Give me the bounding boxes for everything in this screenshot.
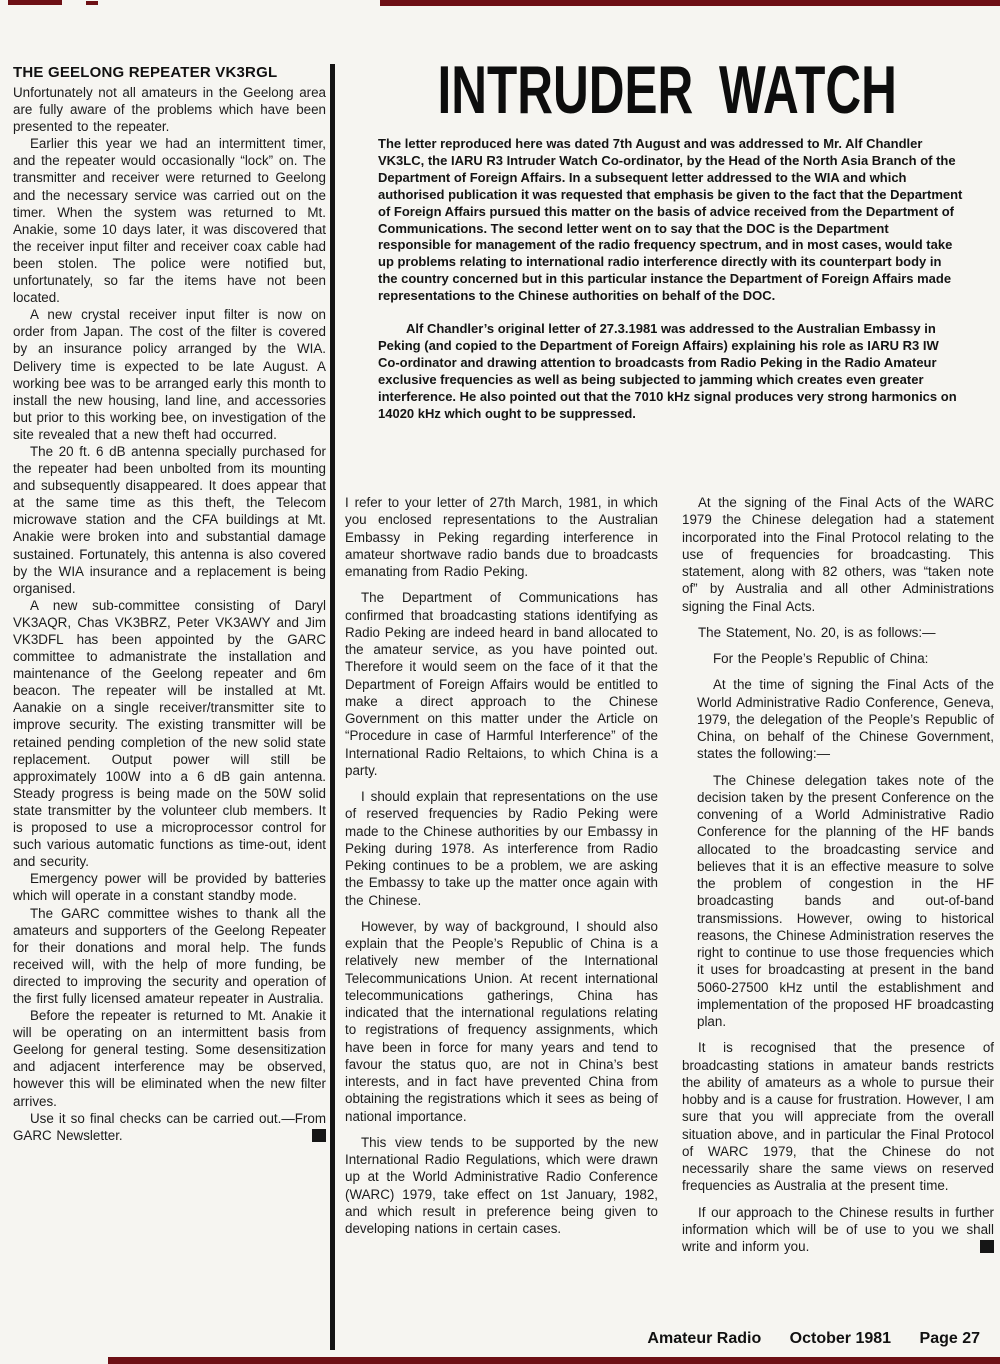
scan-edge-mark-top-left bbox=[8, 0, 62, 5]
end-of-letter-square bbox=[980, 1240, 994, 1253]
scan-edge-mark-top bbox=[380, 0, 1000, 6]
letter-column-right: At the signing of the Final Acts of the … bbox=[682, 494, 994, 1264]
letter-closing-paragraph: If our approach to the Chinese results i… bbox=[682, 1204, 994, 1256]
article-paragraph: A new crystal receiver input filter is n… bbox=[13, 306, 326, 443]
article-paragraph: Unfortunately not all amateurs in the Ge… bbox=[13, 84, 326, 135]
end-of-article-square bbox=[312, 1129, 326, 1142]
intruder-watch-section-header: INTRUDER WATCH bbox=[335, 56, 1000, 122]
letter-paragraph: The Department of Communications has con… bbox=[345, 589, 658, 779]
article-paragraph: Emergency power will be provided by batt… bbox=[13, 870, 326, 904]
page-title: INTRUDER WATCH bbox=[438, 56, 897, 123]
scan-edge-mark-top-left-2 bbox=[86, 1, 98, 5]
letter-paragraph: I should explain that representations on… bbox=[345, 788, 658, 909]
letter-paragraph: This view tends to be supported by the n… bbox=[345, 1134, 658, 1238]
china-statement-block: For the People’s Republic of China: At t… bbox=[682, 650, 994, 1030]
footer-page-number: Page 27 bbox=[920, 1330, 980, 1347]
magazine-page: THE GEELONG REPEATER VK3RGL Unfortunatel… bbox=[0, 0, 1000, 1364]
letter-column-left: I refer to your letter of 27th March, 19… bbox=[345, 494, 658, 1246]
statement-paragraph: The Chinese delegation takes note of the… bbox=[697, 772, 994, 1031]
article-title: THE GEELONG REPEATER VK3RGL bbox=[13, 64, 326, 81]
closing-text: Use it so final checks can be carried ou… bbox=[13, 1111, 326, 1143]
letter-paragraph: It is recognised that the presence of br… bbox=[682, 1039, 994, 1194]
article-paragraph: The 20 ft. 6 dB antenna specially purcha… bbox=[13, 443, 326, 597]
statement-paragraph: At the time of signing the Final Acts of… bbox=[697, 676, 994, 762]
letter-paragraph: At the signing of the Final Acts of the … bbox=[682, 494, 994, 615]
column-divider-rule bbox=[330, 64, 335, 1350]
intruder-watch-intro: The letter reproduced here was dated 7th… bbox=[378, 136, 964, 423]
letter-paragraph: The Statement, No. 20, is as follows:— bbox=[682, 624, 994, 641]
article-paragraph: Before the repeater is returned to Mt. A… bbox=[13, 1007, 326, 1110]
scan-edge-mark-bottom bbox=[108, 1357, 1000, 1364]
footer-magazine-name: Amateur Radio bbox=[647, 1330, 761, 1347]
page-footer: Amateur Radio October 1981 Page 27 bbox=[647, 1330, 980, 1348]
geelong-repeater-article: THE GEELONG REPEATER VK3RGL Unfortunatel… bbox=[13, 64, 326, 1144]
intro-paragraph: Alf Chandler’s original letter of 27.3.1… bbox=[378, 321, 964, 422]
article-paragraph: The GARC committee wishes to thank all t… bbox=[13, 905, 326, 1008]
article-paragraph: A new sub-committee consisting of Daryl … bbox=[13, 597, 326, 871]
letter-paragraph: I refer to your letter of 27th March, 19… bbox=[345, 494, 658, 580]
article-closing-paragraph: Use it so final checks can be carried ou… bbox=[13, 1110, 326, 1144]
article-paragraph: Earlier this year we had an intermittent… bbox=[13, 135, 326, 306]
closing-text: If our approach to the Chinese results i… bbox=[682, 1205, 994, 1255]
letter-paragraph: However, by way of background, I should … bbox=[345, 918, 658, 1125]
statement-paragraph: For the People’s Republic of China: bbox=[697, 650, 994, 667]
footer-issue-date: October 1981 bbox=[790, 1330, 891, 1347]
intro-paragraph: The letter reproduced here was dated 7th… bbox=[378, 136, 964, 305]
